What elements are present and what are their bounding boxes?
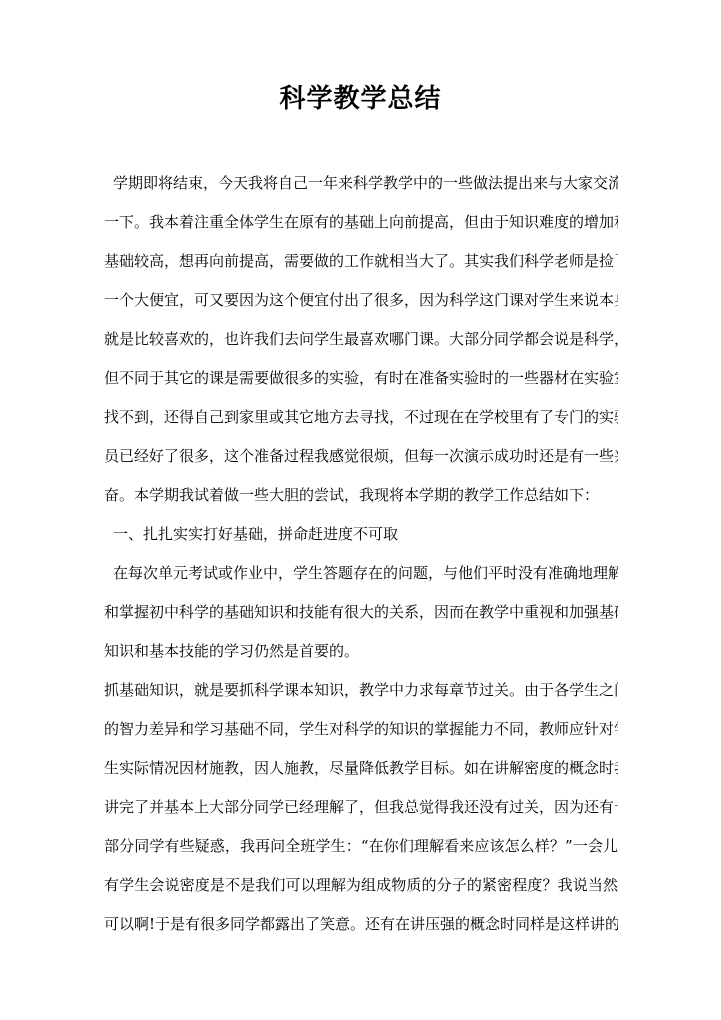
text-line: 知识和基本技能的学习仍然是首要的。 bbox=[104, 632, 618, 671]
document-title: 科学教学总结 bbox=[0, 82, 721, 116]
text-line: 可以啊!于是有很多同学都露出了笑意。还有在讲压强的概念时同样是这样讲的。 bbox=[104, 905, 618, 944]
text-line: 找不到，还得自己到家里或其它地方去寻找，不过现在在学校里有了专门的实验 bbox=[104, 398, 618, 437]
document-page: 科学教学总结 学期即将结束，今天我将自己一年来科学教学中的一些做法提出来与大家交… bbox=[0, 0, 721, 1020]
text-line: 就是比较喜欢的，也许我们去问学生最喜欢哪门课。大部分同学都会说是科学， bbox=[104, 320, 618, 359]
text-line: 员已经好了很多，这个准备过程我感觉很烦，但每一次演示成功时还是有一些兴 bbox=[104, 437, 618, 476]
text-line: 基础较高，想再向前提高，需要做的工作就相当大了。其实我们科学老师是捡了 bbox=[104, 242, 618, 281]
document-body: 学期即将结束，今天我将自己一年来科学教学中的一些做法提出来与大家交流一下。我本着… bbox=[104, 164, 618, 944]
text-line: 和掌握初中科学的基础知识和技能有很大的关系，因而在教学中重视和加强基础 bbox=[104, 593, 618, 632]
text-line: 部分同学有些疑惑，我再问全班学生：“在你们理解看来应该怎么样？”一会儿 bbox=[104, 827, 618, 866]
text-line: 讲完了并基本上大部分同学已经理解了，但我总觉得我还没有过关，因为还有一 bbox=[104, 788, 618, 827]
text-line: 生实际情况因材施教，因人施教，尽量降低教学目标。如在讲解密度的概念时我 bbox=[104, 749, 618, 788]
text-line: 学期即将结束，今天我将自己一年来科学教学中的一些做法提出来与大家交流 bbox=[104, 164, 618, 203]
text-line: 但不同于其它的课是需要做很多的实验，有时在准备实验时的一些器材在实验室 bbox=[104, 359, 618, 398]
text-line: 一个大便宜，可又要因为这个便宜付出了很多，因为科学这门课对学生来说本身 bbox=[104, 281, 618, 320]
text-line: 在每次单元考试或作业中，学生答题存在的问题，与他们平时没有准确地理解 bbox=[104, 554, 618, 593]
text-line: 的智力差异和学习基础不同，学生对科学的知识的掌握能力不同，教师应针对学 bbox=[104, 710, 618, 749]
text-line: 一下。我本着注重全体学生在原有的基础上向前提高，但由于知识难度的增加和 bbox=[104, 203, 618, 242]
text-line: 有学生会说密度是不是我们可以理解为组成物质的分子的紧密程度？我说当然 bbox=[104, 866, 618, 905]
text-line: 奋。本学期我试着做一些大胆的尝试，我现将本学期的教学工作总结如下： bbox=[104, 476, 618, 515]
text-line: 抓基础知识，就是要抓科学课本知识，教学中力求每章节过关。由于各学生之间 bbox=[104, 671, 618, 710]
text-line: 一、扎扎实实打好基础，拼命赶进度不可取 bbox=[104, 515, 618, 554]
